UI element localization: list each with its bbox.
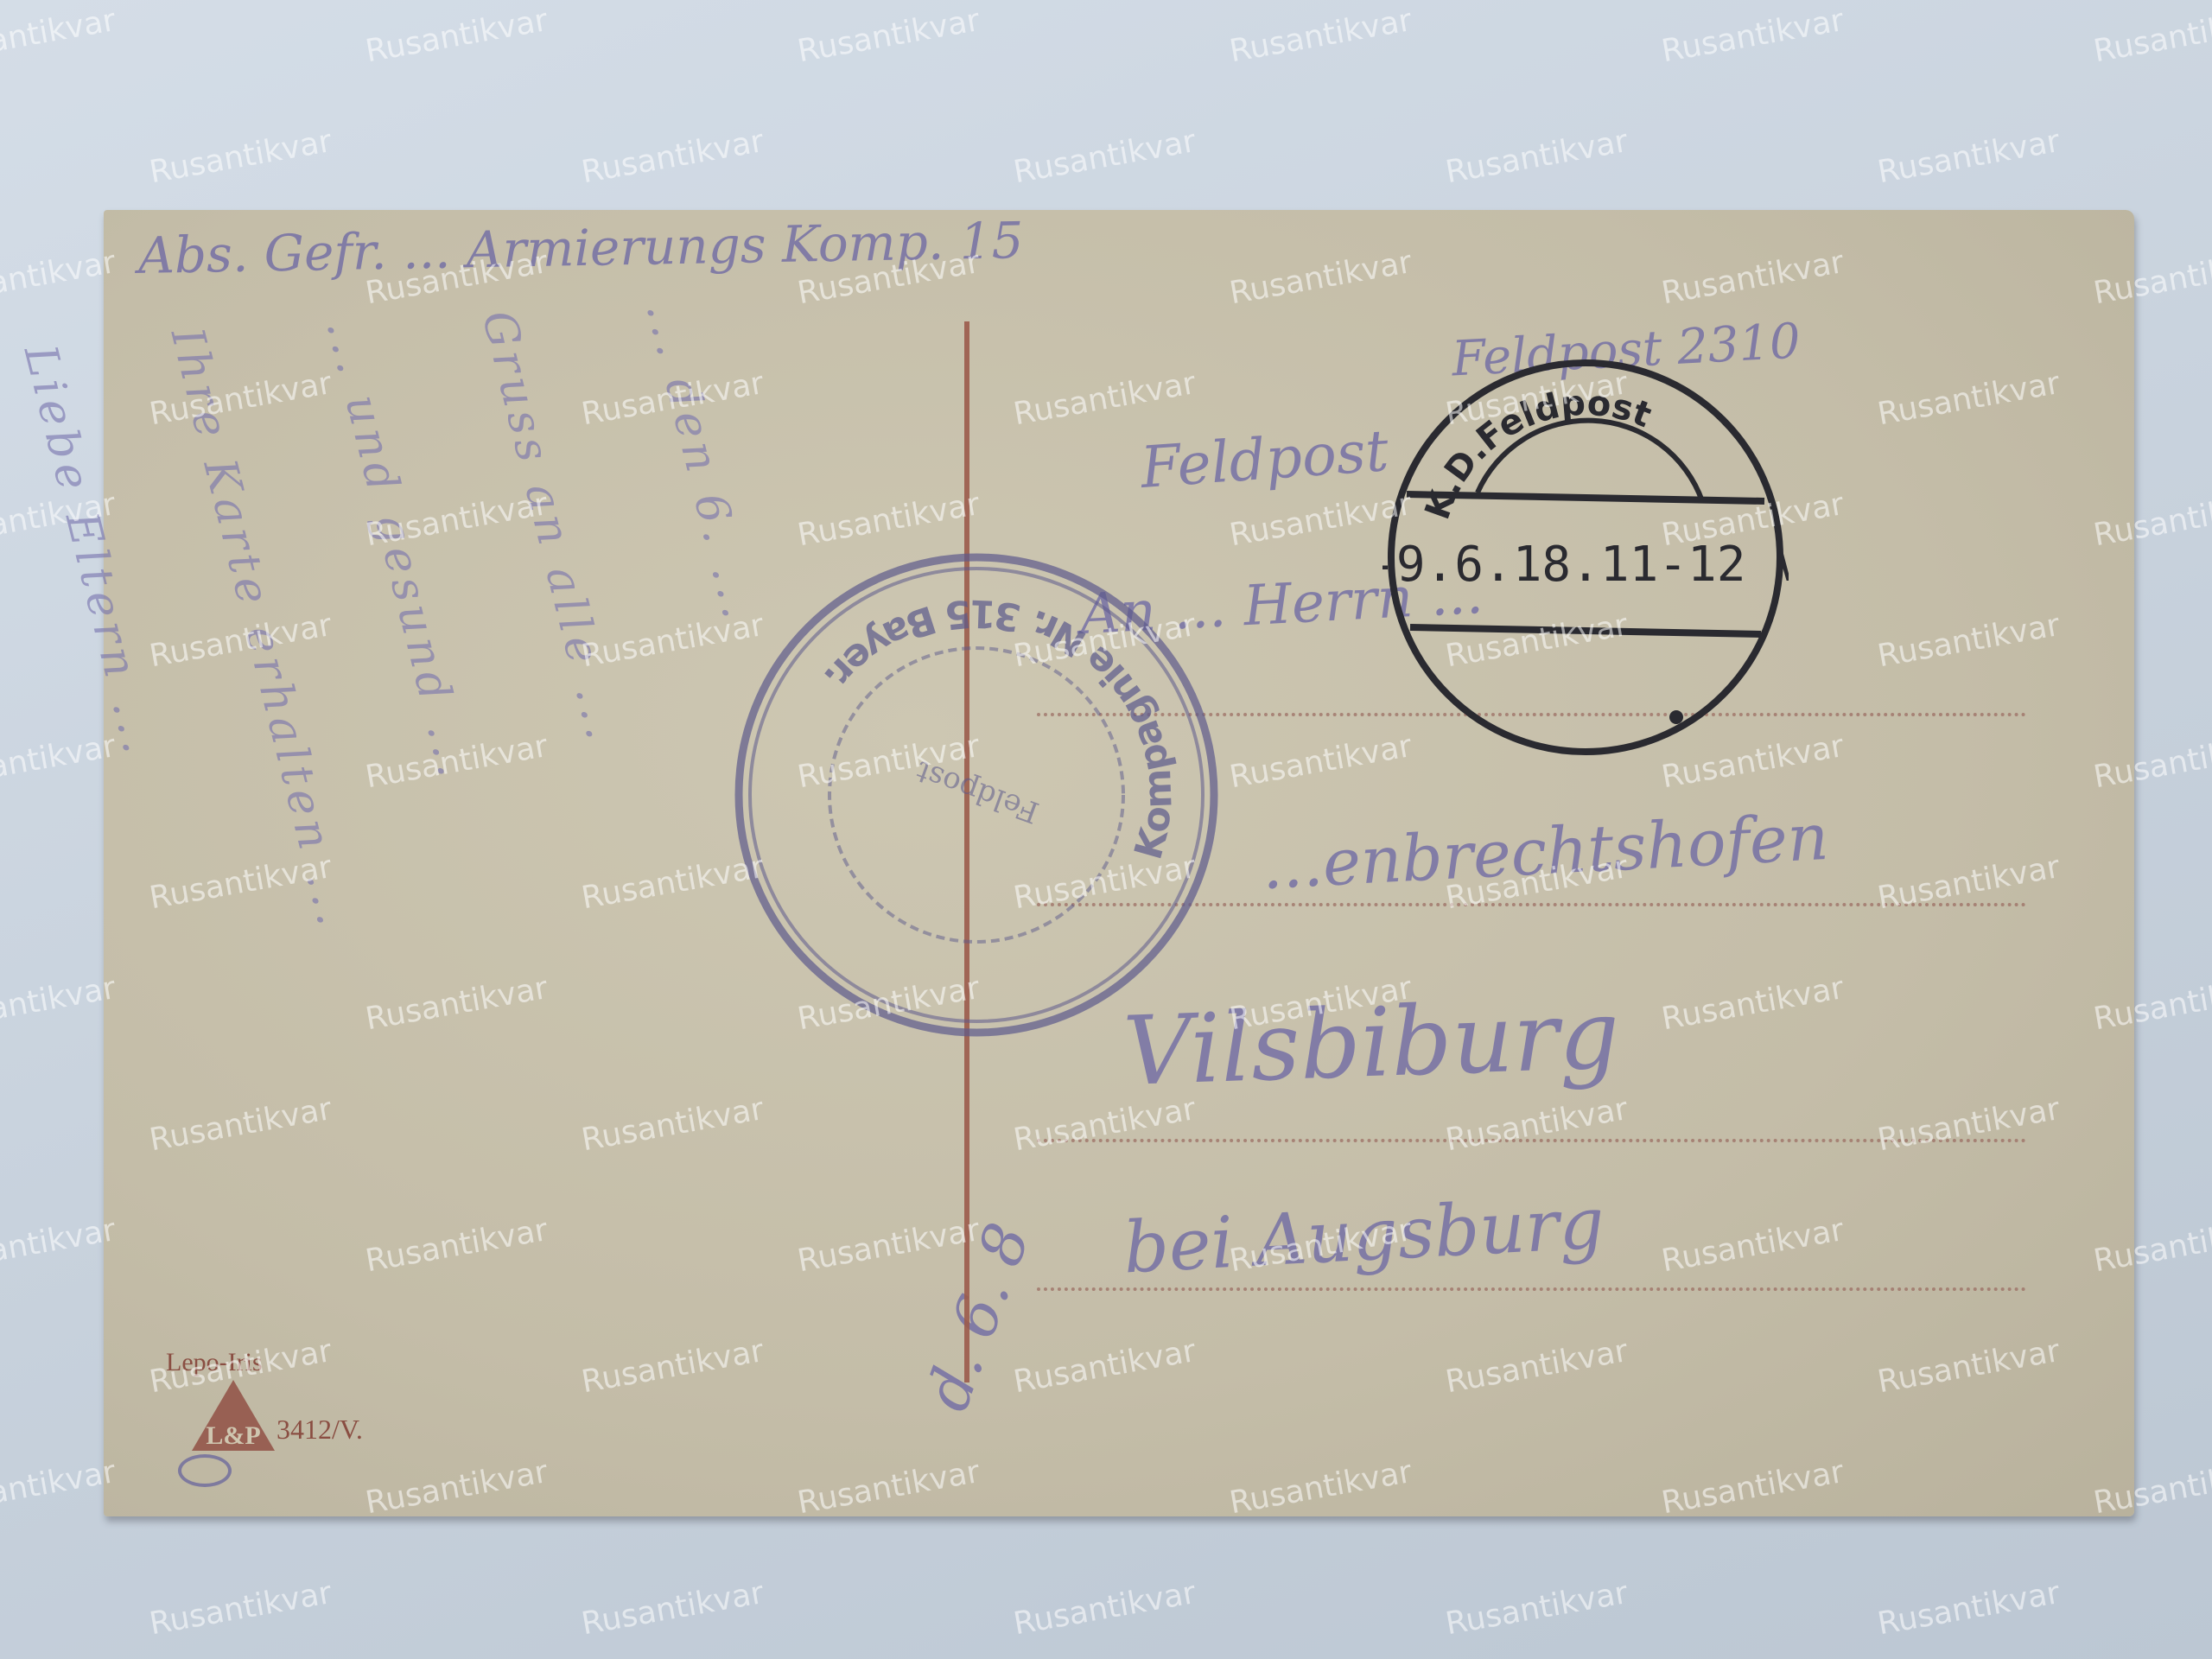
unit-stamp: Kompagnie Nr. 315 Bayer. Feldpost [730,549,1223,1041]
watermark-text: Rusantikvar [0,245,118,311]
watermark-text: Rusantikvar [1443,124,1630,190]
message-column: Ihre Karte erhalten ... [161,323,462,1342]
feldpost-postmark: K.D.Feldpost -9.6.18.11-12 V [1382,354,1789,760]
watermark-text: Rusantikvar [1659,3,1847,69]
publisher-name: Lepo-Iris [166,1348,263,1377]
handwritten-header: Abs. Gefr. ... Armierungs Komp. 15 [137,211,1024,285]
address-line [1037,1287,2026,1291]
watermark-text: Rusantikvar [0,970,118,1037]
svg-text:-9.6.18.11-12 V: -9.6.18.11-12 V [1382,537,1789,593]
watermark-text: Rusantikvar [0,1212,118,1279]
address-text: bei Augsburg [1122,1182,1606,1289]
svg-text:K.D.Feldpost: K.D.Feldpost [1418,384,1657,525]
svg-text:L&P: L&P [206,1421,260,1450]
message-column: Gruss an alle ... [472,306,773,1325]
watermark-text: Rusantikvar [1875,124,2063,190]
watermark-text: Rusantikvar [2091,3,2212,69]
watermark-text: Rusantikvar [0,3,118,69]
publisher-logo-icon: L&P [190,1378,276,1452]
watermark-text: Rusantikvar [0,1454,118,1521]
watermark-text: Rusantikvar [1443,1575,1630,1642]
publisher-catalog-number: 3412/V. [276,1414,363,1446]
watermark-text: Rusantikvar [363,3,550,69]
handwritten-date-mark: d. 6. 8 [912,1214,1044,1419]
watermark-text: Rusantikvar [579,1575,766,1642]
watermark-text: Rusantikvar [579,124,766,190]
watermark-text: Rusantikvar [1011,124,1198,190]
watermark-text: Rusantikvar [1227,3,1414,69]
watermark-text: Rusantikvar [0,728,118,795]
watermark-text: Rusantikvar [1875,1575,2063,1642]
oval-mark [178,1454,232,1487]
watermark-text: Rusantikvar [795,3,982,69]
message-column: ... und gesund ... [316,315,618,1333]
watermark-text: Rusantikvar [1011,1575,1198,1642]
address-line [1037,1139,2026,1142]
address-text: Feldpost [1139,417,1391,501]
address-text: ...enbrechtshofen [1260,800,1830,904]
svg-text:Feldpost: Feldpost [912,753,1044,829]
watermark-text: Rusantikvar [147,124,334,190]
watermark-text: Rusantikvar [147,1575,334,1642]
message-column: Liebe Eltern ... [14,340,315,1359]
